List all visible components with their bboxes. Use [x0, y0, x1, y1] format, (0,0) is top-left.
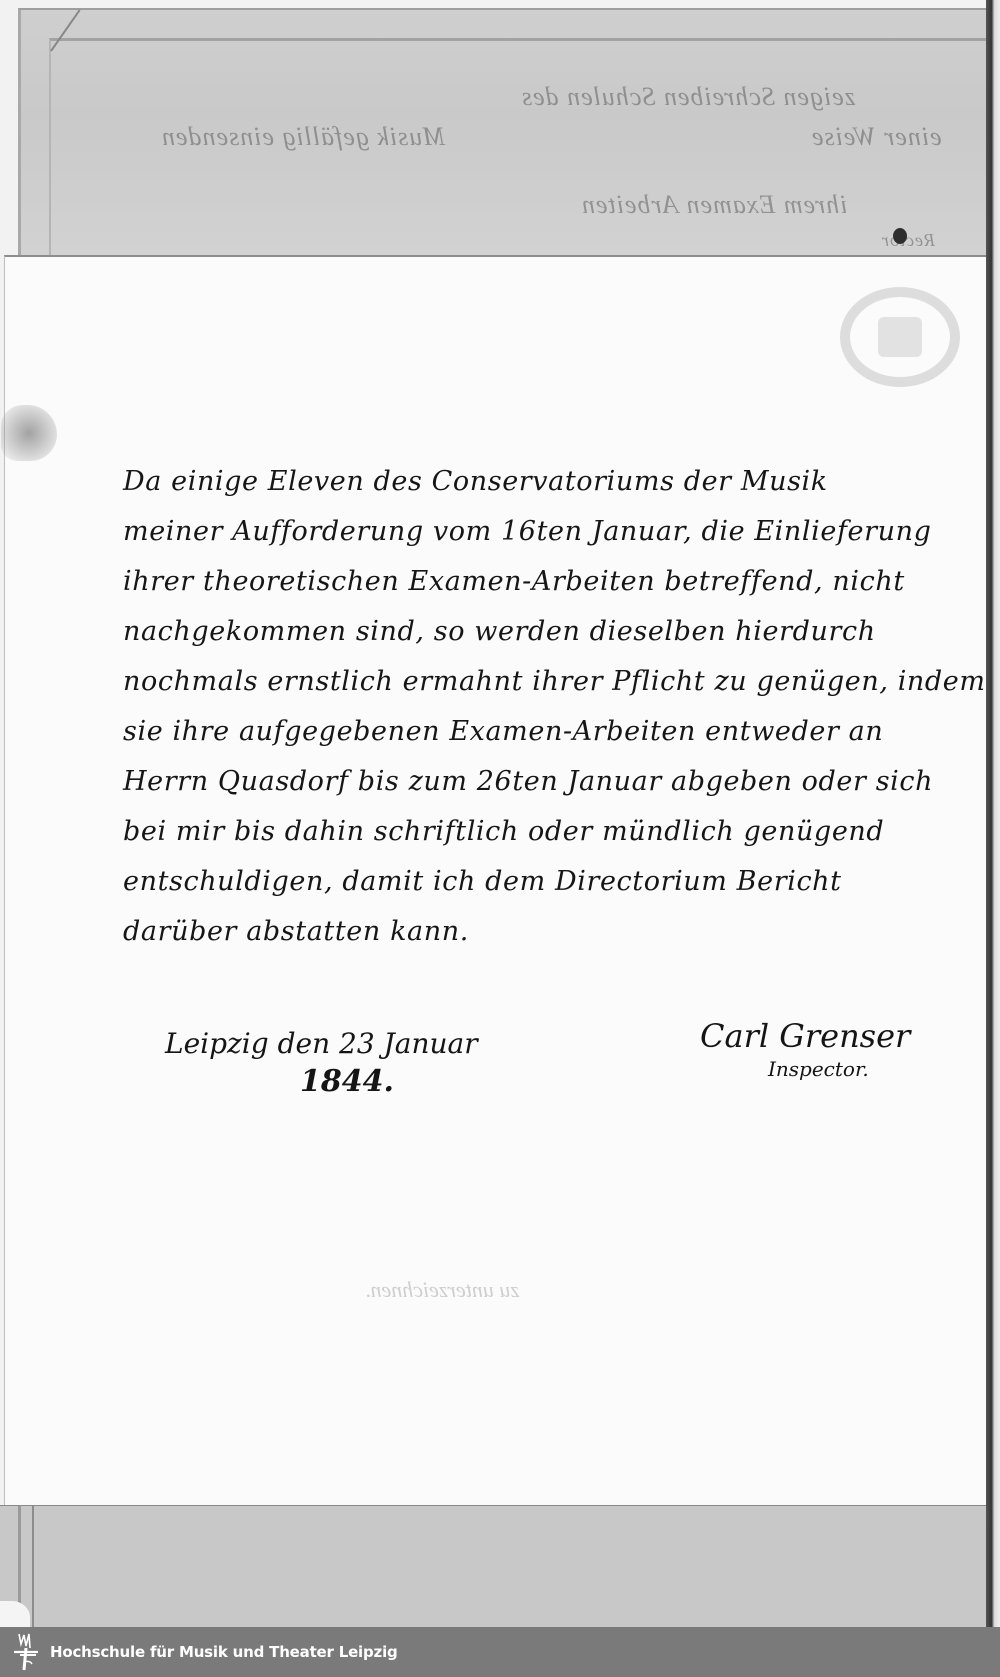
signature-name: Carl Grenser: [700, 1017, 910, 1055]
bleed-through-text: zu unterzeichnen.: [365, 1277, 519, 1303]
letter-line: darüber abstatten kann.: [123, 907, 943, 957]
bleed-through-text: Rector: [881, 230, 935, 251]
torn-corner: [0, 1601, 30, 1627]
letter-line: bei mir bis dahin schriftlich oder mündl…: [123, 807, 943, 857]
bleed-through-text: Musik gefällig einsenden: [161, 122, 445, 152]
letter-line: Da einige Eleven des Conservatoriums der…: [123, 457, 943, 507]
underlying-bottom-sheet: [0, 1505, 1000, 1627]
binding-edge: [986, 0, 1000, 1627]
letter-line: entschuldigen, damit ich dem Directorium…: [123, 857, 943, 907]
underlying-folded-sheet: zeigen Schreiben Schulen des einer Weise…: [18, 8, 1000, 270]
stain: [1, 405, 57, 461]
letter-sheet: Da einige Eleven des Conservatoriums der…: [4, 255, 988, 1510]
letter-line: ihrer theoretischen Examen-Arbeiten betr…: [123, 557, 943, 607]
logo-glyph-icon: [10, 1630, 42, 1674]
signature-block: Carl Grenser Inspector.: [700, 1017, 910, 1081]
document-scan: zeigen Schreiben Schulen des einer Weise…: [0, 0, 1000, 1627]
letter-body: Da einige Eleven des Conservatoriums der…: [123, 457, 943, 957]
footer-bar: Hochschule für Musik und Theater Leipzig: [0, 1627, 1000, 1677]
signature-title: Inspector.: [768, 1057, 910, 1081]
letter-line: meiner Aufforderung vom 16ten Januar, di…: [123, 507, 943, 557]
faded-stamp: [840, 287, 960, 387]
bleed-through-text: einer Weise: [811, 122, 942, 152]
place-date-text: Leipzig den 23 Januar: [165, 1027, 478, 1060]
institution-name[interactable]: Hochschule für Musik und Theater Leipzig: [50, 1643, 398, 1661]
bleed-through-text: zeigen Schreiben Schulen des: [521, 82, 855, 112]
year: 1844.: [300, 1064, 478, 1099]
letter-line: nachgekommen sind, so werden dieselben h…: [123, 607, 943, 657]
bleed-through-text: ihrem Examen Arbeiten: [581, 190, 848, 220]
letter-line: nochmals ernstlich ermahnt ihrer Pflicht…: [123, 657, 943, 707]
letter-line: Herrn Quasdorf bis zum 26ten Januar abge…: [123, 757, 943, 807]
place-and-date: Leipzig den 23 Januar 1844.: [165, 1027, 478, 1099]
letter-line: sie ihre aufgegebenen Examen-Arbeiten en…: [123, 707, 943, 757]
hmt-leipzig-logo-icon[interactable]: [10, 1630, 42, 1674]
ink-spot: [893, 228, 907, 244]
sheet-edge: [32, 1506, 34, 1627]
